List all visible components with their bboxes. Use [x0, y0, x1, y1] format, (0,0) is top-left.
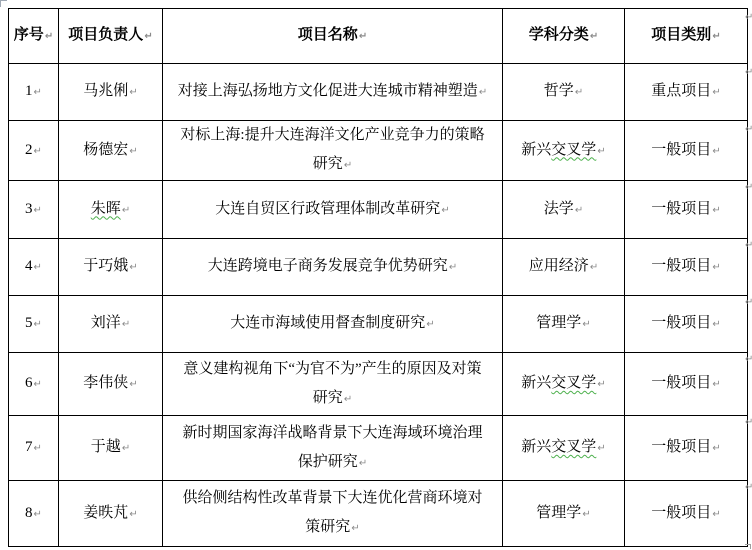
- title-text: 对标上海:提升大连海洋文化产业竞争力的策略研究: [180, 127, 484, 172]
- cell-title[interactable]: 对标上海:提升大连海洋文化产业竞争力的策略研究↵: [163, 121, 503, 181]
- row-end-mark-icon: ↵: [745, 12, 752, 23]
- paragraph-mark-icon: ↵: [597, 146, 605, 157]
- category-text: 一般项目: [651, 439, 711, 455]
- col-header-subject[interactable]: 学科分类↵: [503, 9, 625, 64]
- paragraph-mark-icon: ↵: [597, 379, 605, 390]
- title-text: 大连跨境电子商务发展竞争优势研究: [208, 258, 448, 274]
- category-text: 重点项目: [651, 83, 711, 99]
- seq-text: 8: [25, 505, 33, 521]
- paragraph-mark-icon: ↵: [712, 262, 720, 273]
- cell-leader[interactable]: 于巧娥↵: [59, 239, 163, 296]
- paragraph-mark-icon: ↵: [122, 205, 130, 216]
- paragraph-mark-icon: ↵: [122, 443, 130, 454]
- cell-leader[interactable]: 于越↵: [59, 416, 163, 481]
- paragraph-mark-icon: ↵: [582, 509, 590, 520]
- seq-text: 3: [25, 201, 33, 217]
- col-header-seq[interactable]: 序号↵: [9, 9, 59, 64]
- cell-subject[interactable]: 新兴交叉学↵: [503, 353, 625, 416]
- subject-text-grammar-flagged: 交叉学: [551, 375, 596, 391]
- seq-text: 1: [25, 83, 33, 99]
- cell-subject[interactable]: 管理学↵: [503, 296, 625, 353]
- row-end-mark-icon: ↵: [745, 182, 752, 193]
- subject-text: 新兴: [521, 375, 551, 391]
- category-text: 一般项目: [651, 505, 711, 521]
- cell-category[interactable]: 一般项目↵: [625, 481, 748, 547]
- leader-text: 于巧娥: [83, 258, 128, 274]
- paragraph-mark-icon: ↵: [129, 262, 137, 273]
- paragraph-mark-icon: ↵: [34, 262, 42, 273]
- title-text: 供给侧结构性改革背景下大连优化营商环境对策研究: [182, 490, 482, 535]
- cell-seq[interactable]: 5↵: [9, 296, 59, 353]
- paragraph-mark-icon: ↵: [344, 160, 352, 171]
- table-row: 1↵ 马兆俐↵ 对接上海弘扬地方文化促进大连城市精神塑造↵ 哲学↵ 重点项目↵: [9, 64, 748, 121]
- paragraph-mark-icon: ↵: [34, 87, 42, 98]
- subject-text: 应用经济: [529, 258, 589, 274]
- paragraph-mark-icon: ↵: [34, 509, 42, 520]
- cell-category[interactable]: 重点项目↵: [625, 64, 748, 121]
- paragraph-mark-icon: ↵: [122, 319, 130, 330]
- paragraph-mark-icon: ↵: [144, 31, 152, 42]
- row-end-mark-icon: ↵: [745, 354, 752, 365]
- cell-title[interactable]: 对接上海弘扬地方文化促进大连城市精神塑造↵: [163, 64, 503, 121]
- category-text: 一般项目: [651, 142, 711, 158]
- cell-subject[interactable]: 管理学↵: [503, 481, 625, 547]
- row-end-mark-icon: ↵: [745, 240, 752, 251]
- paragraph-mark-icon: ↵: [712, 146, 720, 157]
- cell-category[interactable]: 一般项目↵: [625, 296, 748, 353]
- col-header-label: 序号: [14, 27, 44, 43]
- paragraph-mark-icon: ↵: [34, 319, 42, 330]
- leader-text: 李伟侠: [83, 375, 128, 391]
- paragraph-mark-icon: ↵: [45, 31, 53, 42]
- col-header-label: 学科分类: [529, 27, 589, 43]
- table-row: 8↵ 姜昳芃↵ 供给侧结构性改革背景下大连优化营商环境对策研究↵ 管理学↵ 一般…: [9, 481, 748, 547]
- paragraph-mark-icon: ↵: [712, 509, 720, 520]
- subject-text: 新兴: [521, 142, 551, 158]
- cell-leader[interactable]: 李伟侠↵: [59, 353, 163, 416]
- paragraph-mark-icon: ↵: [575, 205, 583, 216]
- paragraph-mark-icon: ↵: [34, 146, 42, 157]
- paragraph-mark-icon: ↵: [712, 319, 720, 330]
- table-row: 3↵ 朱晖↵ 大连自贸区行政管理体制改革研究↵ 法学↵ 一般项目↵: [9, 181, 748, 239]
- paragraph-mark-icon: ↵: [479, 87, 487, 98]
- paragraph-mark-icon: ↵: [712, 443, 720, 454]
- paragraph-mark-icon: ↵: [359, 458, 367, 469]
- table-row: 5↵ 刘洋↵ 大连市海域使用督查制度研究↵ 管理学↵ 一般项目↵: [9, 296, 748, 353]
- subject-text: 新兴: [521, 439, 551, 455]
- leader-text: 姜昳芃: [83, 505, 128, 521]
- leader-text: 马兆俐: [83, 83, 128, 99]
- title-text: 意义建构视角下“为官不为”产生的原因及对策研究: [183, 361, 481, 406]
- leader-text: 杨德宏: [83, 142, 128, 158]
- category-text: 一般项目: [651, 201, 711, 217]
- seq-text: 6: [25, 375, 33, 391]
- seq-text: 5: [25, 315, 33, 331]
- projects-table: 序号↵ 项目负责人↵ 项目名称↵ 学科分类↵ 项目类别↵ 1↵ 马兆俐↵ 对接上…: [8, 8, 748, 547]
- paragraph-mark-icon: ↵: [590, 262, 598, 273]
- table-row: 6↵ 李伟侠↵ 意义建构视角下“为官不为”产生的原因及对策研究↵ 新兴交叉学↵ …: [9, 353, 748, 416]
- table-resize-handle: [745, 544, 751, 549]
- col-header-label: 项目名称: [298, 27, 358, 43]
- col-header-leader[interactable]: 项目负责人↵: [59, 9, 163, 64]
- cell-leader[interactable]: 朱晖↵: [59, 181, 163, 239]
- cell-seq[interactable]: 2↵: [9, 121, 59, 181]
- paragraph-mark-icon: ↵: [712, 205, 720, 216]
- cell-title[interactable]: 供给侧结构性改革背景下大连优化营商环境对策研究↵: [163, 481, 503, 547]
- cell-subject[interactable]: 应用经济↵: [503, 239, 625, 296]
- cell-subject[interactable]: 哲学↵: [503, 64, 625, 121]
- cell-seq[interactable]: 7↵: [9, 416, 59, 481]
- table-handle-top-left: [0, 0, 7, 7]
- row-end-mark-icon: ↵: [745, 124, 752, 135]
- cell-seq[interactable]: 6↵: [9, 353, 59, 416]
- table-row: 2↵ 杨德宏↵ 对标上海:提升大连海洋文化产业竞争力的策略研究↵ 新兴交叉学↵ …: [9, 121, 748, 181]
- paragraph-mark-icon: ↵: [582, 319, 590, 330]
- paragraph-mark-icon: ↵: [590, 31, 598, 42]
- subject-text: 管理学: [536, 315, 581, 331]
- leader-text-grammar-flagged: 朱晖: [91, 201, 121, 217]
- cell-subject[interactable]: 法学↵: [503, 181, 625, 239]
- cell-category[interactable]: 一般项目↵: [625, 121, 748, 181]
- paragraph-mark-icon: ↵: [712, 87, 720, 98]
- cell-seq[interactable]: 4↵: [9, 239, 59, 296]
- header-row: 序号↵ 项目负责人↵ 项目名称↵ 学科分类↵ 项目类别↵: [9, 9, 748, 64]
- title-text: 大连自贸区行政管理体制改革研究: [215, 201, 440, 217]
- paragraph-mark-icon: ↵: [129, 146, 137, 157]
- paragraph-mark-icon: ↵: [712, 31, 720, 42]
- paragraph-mark-icon: ↵: [129, 509, 137, 520]
- row-end-mark-icon: ↵: [745, 297, 752, 308]
- category-text: 一般项目: [651, 258, 711, 274]
- paragraph-mark-icon: ↵: [359, 31, 367, 42]
- cell-subject[interactable]: 新兴交叉学↵: [503, 121, 625, 181]
- title-text: 新时期国家海洋战略背景下大连海域环境治理保护研究: [182, 425, 482, 470]
- cell-seq[interactable]: 1↵: [9, 64, 59, 121]
- row-end-mark-icon: ↵: [745, 67, 752, 78]
- paragraph-mark-icon: ↵: [351, 523, 359, 534]
- paragraph-mark-icon: ↵: [441, 205, 449, 216]
- col-header-label: 项目负责人: [68, 27, 143, 43]
- subject-text: 哲学: [544, 83, 574, 99]
- subject-text: 法学: [544, 201, 574, 217]
- seq-text: 7: [25, 439, 33, 455]
- subject-text-grammar-flagged: 交叉学: [551, 439, 596, 455]
- paragraph-mark-icon: ↵: [597, 443, 605, 454]
- category-text: 一般项目: [651, 375, 711, 391]
- cell-category[interactable]: 一般项目↵: [625, 353, 748, 416]
- cell-title[interactable]: 大连自贸区行政管理体制改革研究↵: [163, 181, 503, 239]
- subject-text: 管理学: [536, 505, 581, 521]
- seq-text: 2: [25, 142, 33, 158]
- row-end-mark-icon: ↵: [745, 482, 752, 493]
- cell-leader[interactable]: 姜昳芃↵: [59, 481, 163, 547]
- leader-text: 刘洋: [91, 315, 121, 331]
- title-text: 大连市海域使用督查制度研究: [230, 315, 425, 331]
- cell-leader[interactable]: 杨德宏↵: [59, 121, 163, 181]
- cell-title[interactable]: 大连跨境电子商务发展竞争优势研究↵: [163, 239, 503, 296]
- row-end-mark-icon: ↵: [745, 417, 752, 428]
- cell-category[interactable]: 一般项目↵: [625, 239, 748, 296]
- paragraph-mark-icon: ↵: [129, 87, 137, 98]
- category-text: 一般项目: [651, 315, 711, 331]
- cell-seq[interactable]: 3↵: [9, 181, 59, 239]
- cell-leader[interactable]: 刘洋↵: [59, 296, 163, 353]
- paragraph-mark-icon: ↵: [449, 262, 457, 273]
- paragraph-mark-icon: ↵: [34, 205, 42, 216]
- subject-text-grammar-flagged: 交叉学: [551, 142, 596, 158]
- cell-title[interactable]: 意义建构视角下“为官不为”产生的原因及对策研究↵: [163, 353, 503, 416]
- cell-seq[interactable]: 8↵: [9, 481, 59, 547]
- table-row: 4↵ 于巧娥↵ 大连跨境电子商务发展竞争优势研究↵ 应用经济↵ 一般项目↵: [9, 239, 748, 296]
- paragraph-mark-icon: ↵: [344, 394, 352, 405]
- paragraph-mark-icon: ↵: [34, 379, 42, 390]
- cell-subject[interactable]: 新兴交叉学↵: [503, 416, 625, 481]
- cell-title[interactable]: 新时期国家海洋战略背景下大连海域环境治理保护研究↵: [163, 416, 503, 481]
- cell-leader[interactable]: 马兆俐↵: [59, 64, 163, 121]
- paragraph-mark-icon: ↵: [575, 87, 583, 98]
- cell-category[interactable]: 一般项目↵: [625, 416, 748, 481]
- seq-text: 4: [25, 258, 33, 274]
- cell-category[interactable]: 一般项目↵: [625, 181, 748, 239]
- title-text: 对接上海弘扬地方文化促进大连城市精神塑造: [178, 83, 478, 99]
- cell-title[interactable]: 大连市海域使用督查制度研究↵: [163, 296, 503, 353]
- paragraph-mark-icon: ↵: [712, 379, 720, 390]
- paragraph-mark-icon: ↵: [426, 319, 434, 330]
- col-header-category[interactable]: 项目类别↵: [625, 9, 748, 64]
- leader-text: 于越: [91, 439, 121, 455]
- col-header-title[interactable]: 项目名称↵: [163, 9, 503, 64]
- table-row: 7↵ 于越↵ 新时期国家海洋战略背景下大连海域环境治理保护研究↵ 新兴交叉学↵ …: [9, 416, 748, 481]
- paragraph-mark-icon: ↵: [34, 443, 42, 454]
- col-header-label: 项目类别: [651, 27, 711, 43]
- paragraph-mark-icon: ↵: [129, 379, 137, 390]
